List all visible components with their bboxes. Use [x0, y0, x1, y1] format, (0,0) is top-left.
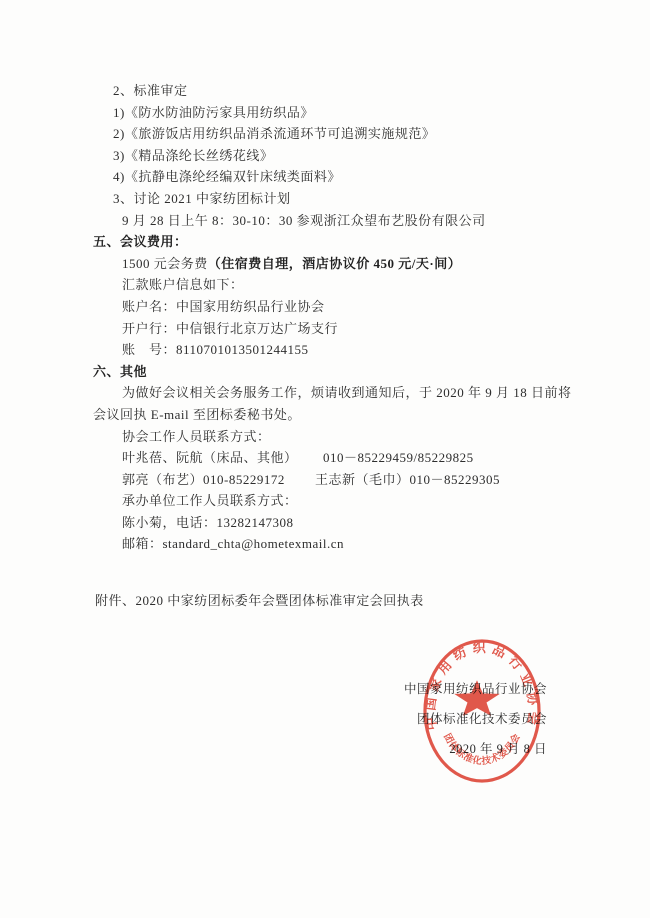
bank-name: 开户行：中信银行北京万达广场支行 [93, 318, 573, 340]
standard-item-1: 1)《防水防油防污家具用纺织品》 [93, 102, 573, 124]
signature-date: 2020 年 9 月 8 日 [404, 734, 547, 764]
agenda-item-3: 3、讨论 2021 中家纺团标计划 [93, 188, 573, 210]
attachment-line: 附件、2020 中家纺团标委年会暨团体标准审定会回执表 [95, 590, 424, 612]
assoc-contact-intro: 协会工作人员联系方式： [93, 426, 573, 448]
notice-paragraph-line2: 会议回执 E-mail 至团标委秘书处。 [93, 404, 573, 426]
visit-line: 9 月 28 日上午 8：30-10：30 参观浙江众望布艺股份有限公司 [93, 210, 573, 232]
account-name: 账户名：中国家用纺织品行业协会 [93, 296, 573, 318]
organizer-phone: 陈小菊，电话：13282147308 [93, 512, 573, 534]
signature-block: 中国家用纺织品行业协会 团体标准化技术委员会 2020 年 9 月 8 日 [404, 674, 547, 764]
contact2-left: 郭亮（布艺）010-85229172 [122, 472, 285, 487]
contact-row-2: 郭亮（布艺）010-85229172王志新（毛巾）010－85229305 [93, 469, 573, 491]
signature-org-line1: 中国家用纺织品行业协会 [404, 674, 547, 704]
account-number: 账 号：8110701013501244155 [93, 339, 573, 361]
organizer-contact-intro: 承办单位工作人员联系方式： [93, 490, 573, 512]
document-body: 2、标准审定 1)《防水防油防污家具用纺织品》 2)《旅游饭店用纺织品消杀流通环… [93, 80, 573, 555]
signature-org-line2: 团体标准化技术委员会 [404, 704, 547, 734]
contact1-name: 叶兆蓓、阮航（床品、其他） [122, 450, 298, 465]
fee-line: 1500 元会务费（住宿费自理，酒店协议价 450 元/天·间） [93, 253, 573, 275]
contact-row-1: 叶兆蓓、阮航（床品、其他）010－85229459/85229825 [93, 447, 573, 469]
standard-item-3: 3)《精品涤纶长丝绣花线》 [93, 145, 573, 167]
notice-paragraph-line1: 为做好会议相关会务服务工作，烦请收到通知后，于 2020 年 9 月 18 日前… [93, 382, 573, 404]
scanned-document-page: 2、标准审定 1)《防水防油防污家具用纺织品》 2)《旅游饭店用纺织品消杀流通环… [0, 0, 650, 918]
remit-intro: 汇款账户信息如下： [93, 274, 573, 296]
contact1-phone: 010－85229459/85229825 [323, 447, 474, 469]
section6-heading: 六、其他 [93, 361, 573, 383]
standard-item-4: 4)《抗静电涤纶经编双针床绒类面料》 [93, 166, 573, 188]
section5-heading: 五、会议费用： [93, 231, 573, 253]
organizer-email: 邮箱：standard_chta@hometexmail.cn [93, 533, 573, 555]
contact2-right: 王志新（毛巾）010－85229305 [315, 469, 500, 491]
fee-amount: 1500 元会务费 [122, 256, 208, 271]
fee-note: （住宿费自理，酒店协议价 450 元/天·间） [208, 256, 461, 271]
agenda-item-2: 2、标准审定 [93, 80, 573, 102]
standard-item-2: 2)《旅游饭店用纺织品消杀流通环节可追溯实施规范》 [93, 123, 573, 145]
